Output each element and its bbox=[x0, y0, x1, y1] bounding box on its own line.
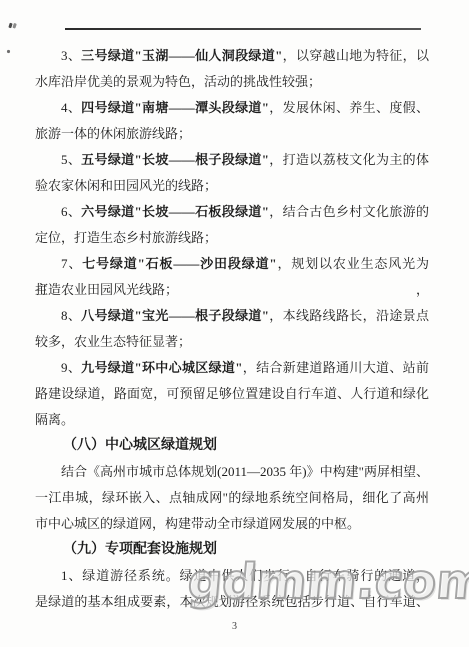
text-run: 路建设绿道，路面宽，可预留足够位置建设自行车道、人行道和绿化 bbox=[35, 386, 429, 401]
text-run: ，以穿越山地为特征，以 bbox=[282, 48, 429, 63]
text-run: 5、 bbox=[61, 152, 81, 167]
text-run: 五号绿道"长坡——根子段绿道" bbox=[81, 152, 269, 167]
text-run: 定位，打造生态乡村旅游线路； bbox=[35, 230, 217, 245]
scan-speck bbox=[8, 23, 12, 29]
text-line: 4、四号绿道"南塘——潭头段绿道"，发展休闲、养生、度假、 bbox=[35, 95, 429, 121]
text-line: 7、七号绿道"石板——沙田段绿道"，规划以农业生态风光为主， bbox=[35, 251, 429, 277]
text-run: ，结合新建道路通川大道、站前 bbox=[242, 360, 429, 375]
section-heading: （九）专项配套设施规划 bbox=[35, 537, 429, 563]
text-line: 5、五号绿道"长坡——根子段绿道"，打造以荔枝文化为主的体 bbox=[35, 147, 429, 173]
text-line: 较多，农业生态特征显著； bbox=[35, 329, 429, 355]
text-run: 7、 bbox=[61, 256, 82, 271]
text-run: ，结合古色乡村文化旅游的 bbox=[269, 204, 429, 219]
text-run: 较多，农业生态特征显著； bbox=[35, 334, 191, 349]
text-line: 6、六号绿道"长坡——石板段绿道"，结合古色乡村文化旅游的 bbox=[35, 199, 429, 225]
text-line: 市中心城区的绿道网，构建带动全市绿道网发展的中枢。 bbox=[35, 511, 429, 537]
text-run: 旅游一体的休闲旅游线路； bbox=[35, 126, 191, 141]
text-run: 水库沿岸优美的景观为特色，活动的挑战性较强； bbox=[35, 74, 321, 89]
text-run: ，发展休闲、养生、度假、 bbox=[269, 100, 429, 115]
text-line: 结合《高州市城市总体规划(2011—2035 年)》中构建"两屏相望、 bbox=[35, 459, 429, 485]
text-run: 6、 bbox=[61, 204, 81, 219]
text-run: 1、绿道游径系统。绿道中供人们步行、自行车骑行的通道， bbox=[61, 568, 429, 583]
text-line: 3、三号绿道"玉湖——仙人洞段绿道"，以穿越山地为特征，以 bbox=[35, 43, 429, 69]
text-line: 9、九号绿道"环中心城区绿道"，结合新建道路通川大道、站前 bbox=[35, 355, 429, 381]
text-run: 打造农业田园风光线路； bbox=[35, 282, 178, 297]
text-line: 定位，打造生态乡村旅游线路； bbox=[35, 225, 429, 251]
text-line: 旅游一体的休闲旅游线路； bbox=[35, 121, 429, 147]
text-line: 路建设绿道，路面宽，可预留足够位置建设自行车道、人行道和绿化 bbox=[35, 381, 429, 407]
text-run: 是绿道的基本组成要素，本次规划游径系统包括步行道、自行车道、 bbox=[35, 594, 429, 609]
text-run: 六号绿道"长坡——石板段绿道" bbox=[81, 204, 269, 219]
text-line: 验农家休闲和田园风光的线路； bbox=[35, 173, 429, 199]
text-run: 一江串城，绿环嵌入、点轴成网"的绿地系统空间格局，细化了高州 bbox=[35, 490, 429, 505]
text-run: 三号绿道"玉湖——仙人洞段绿道" bbox=[81, 48, 282, 63]
text-run: 4、 bbox=[61, 100, 81, 115]
scan-speck bbox=[7, 50, 11, 54]
text-run: 验农家休闲和田园风光的线路； bbox=[35, 178, 217, 193]
page-number: 3 bbox=[0, 621, 469, 632]
section-heading: （八）中心城区绿道规划 bbox=[35, 433, 429, 459]
text-run: 九号绿道"环中心城区绿道" bbox=[81, 360, 242, 375]
document-body: 3、三号绿道"玉湖——仙人洞段绿道"，以穿越山地为特征，以水库沿岸优美的景观为特… bbox=[35, 43, 429, 615]
text-run: 七号绿道"石板——沙田段绿道" bbox=[82, 256, 276, 271]
text-line: 水库沿岸优美的景观为特色，活动的挑战性较强； bbox=[35, 69, 429, 95]
text-line: 是绿道的基本组成要素，本次规划游径系统包括步行道、自行车道、 bbox=[35, 589, 429, 615]
text-run: 结合《高州市城市总体规划(2011—2035 年)》中构建"两屏相望、 bbox=[61, 464, 429, 479]
text-run: ，本线路线路长，沿途景点 bbox=[269, 308, 429, 323]
header-rule bbox=[65, 28, 421, 30]
text-run: 八号绿道"宝光——根子段绿道" bbox=[81, 308, 269, 323]
text-line: 隔离。 bbox=[35, 407, 429, 433]
text-run: 市中心城区的绿道网，构建带动全市绿道网发展的中枢。 bbox=[35, 516, 360, 531]
text-run: 四号绿道"南塘——潭头段绿道" bbox=[81, 100, 269, 115]
text-run: （九）专项配套设施规划 bbox=[63, 542, 217, 557]
text-run: 9、 bbox=[61, 360, 81, 375]
text-run: 8、 bbox=[61, 308, 81, 323]
text-run: ，打造以荔枝文化为主的体 bbox=[269, 152, 429, 167]
scanned-document-page: 3、三号绿道"玉湖——仙人洞段绿道"，以穿越山地为特征，以水库沿岸优美的景观为特… bbox=[0, 0, 469, 647]
text-run: 3、 bbox=[61, 48, 81, 63]
text-run: 隔离。 bbox=[35, 412, 74, 427]
text-line: 8、八号绿道"宝光——根子段绿道"，本线路线路长，沿途景点 bbox=[35, 303, 429, 329]
text-run: （八）中心城区绿道规划 bbox=[63, 438, 217, 453]
text-line: 1、绿道游径系统。绿道中供人们步行、自行车骑行的通道， bbox=[35, 563, 429, 589]
text-line: 一江串城，绿环嵌入、点轴成网"的绿地系统空间格局，细化了高州 bbox=[35, 485, 429, 511]
